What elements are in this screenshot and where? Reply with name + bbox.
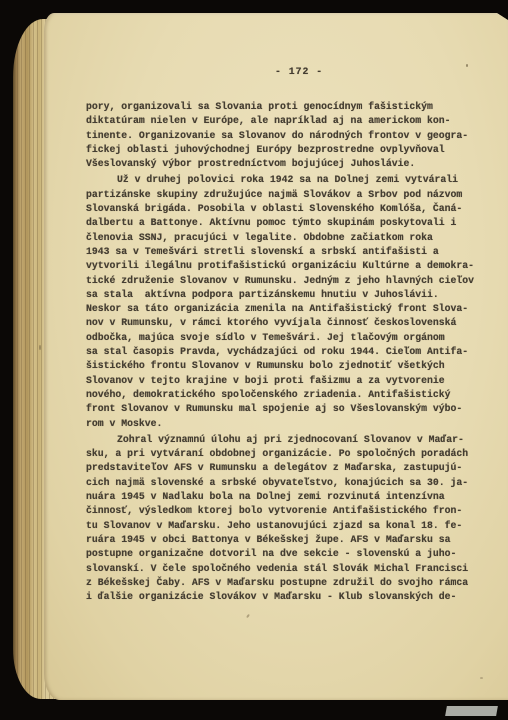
text-line: 1943 sa v Temešvári stretli slovenskí a … (86, 245, 494, 259)
text-line: vytvorili ilegálnu protifašistickú organ… (86, 259, 494, 273)
text-line: front Slovanov v Rumunsku mal spojenie a… (86, 402, 494, 416)
paper-speck (480, 677, 483, 679)
text-line: činnosť, výsledkom ktorej bolo vytvoreni… (86, 504, 494, 518)
page-text-block: pory, organizovali sa Slovania proti gen… (86, 100, 494, 604)
text-line: nov v Rumunsku, v rámci ktorého vyvíjala… (86, 316, 494, 330)
text-line: z Békešskej Čaby. AFS v Maďarsku postupn… (86, 576, 494, 590)
text-line: i ďalšie organizácie Slovákov v Maďarsku… (86, 590, 494, 604)
text-line: tinente. Organizovanie sa Slovanov do ná… (86, 129, 494, 143)
paragraph: Už v druhej polovici roka 1942 sa na Dol… (86, 173, 494, 430)
text-line: nuára 1945 v Nadlaku bola na Dolnej zemi… (86, 490, 494, 504)
text-line: sa stal časopis Pravda, vychádzajúci od … (86, 345, 494, 359)
text-line: cich najmä slovenské a srbské obyvateľst… (86, 476, 494, 490)
text-line: Neskor sa táto organizácia zmenila na An… (86, 302, 494, 316)
text-line: pory, organizovali sa Slovania proti gen… (86, 100, 494, 114)
text-line: odbočka, majúca svoje sídlo v Temešvári.… (86, 331, 494, 345)
text-line: partizánske skupiny združujúce najmä Slo… (86, 188, 494, 202)
text-line: slovanskí. V čele spoločného vedenia stá… (86, 562, 494, 576)
text-line: postupne organizačne dotvoril na dve sek… (86, 547, 494, 561)
text-line: tu Slovanov v Maďarsku. Jeho ustanovujúc… (86, 519, 494, 533)
paragraph: Zohral významnú úlohu aj pri zjednocovan… (86, 433, 494, 605)
text-line: sa stala aktívna podpora partizánskemu h… (86, 288, 494, 302)
scanner-tab (445, 706, 498, 716)
text-line: rom v Moskve. (86, 417, 494, 431)
text-line: sku, a pri vytváraní obdobnej organizáci… (86, 447, 494, 461)
paragraph: pory, organizovali sa Slovania proti gen… (86, 100, 494, 171)
text-line: dalbertu a Battonye. Aktívnu pomoc týmto… (86, 216, 494, 230)
paper-speck (246, 614, 250, 618)
text-line: Slovanov v tejto krajine v boji proti fa… (86, 374, 494, 388)
text-line: Slovanská brigáda. Posobila v oblasti Sl… (86, 202, 494, 216)
text-line: ruára 1945 v obci Battonya v Békešskej ž… (86, 533, 494, 547)
text-line: Všeslovanský výbor prostredníctvom bojuj… (86, 157, 494, 171)
text-line: členovia SSNJ, pracujúci v legalite. Obd… (86, 231, 494, 245)
text-line: tické združenie Slovanov v Rumunsku. Jed… (86, 274, 494, 288)
paper-speck (39, 345, 41, 350)
book-page: - 172 - pory, organizovali sa Slovania p… (44, 13, 508, 700)
text-line: diktatúram nielen v Európe, ale napríkla… (86, 114, 494, 128)
text-line: predstaviteľov AFS v Rumunsku a delegáto… (86, 461, 494, 475)
page-number: - 172 - (275, 66, 323, 77)
text-line: fickej oblasti juhovýchodnej Európy bezp… (86, 143, 494, 157)
text-line: nového, demokratického spoločenského zri… (86, 388, 494, 402)
text-line: Už v druhej polovici roka 1942 sa na Dol… (86, 173, 494, 187)
book-scan: - 172 - pory, organizovali sa Slovania p… (0, 0, 508, 720)
text-line: šistického frontu Slovanov v Rumunsku bo… (86, 359, 494, 373)
text-line: Zohral významnú úlohu aj pri zjednocovan… (86, 433, 494, 447)
paper-speck (466, 64, 468, 67)
